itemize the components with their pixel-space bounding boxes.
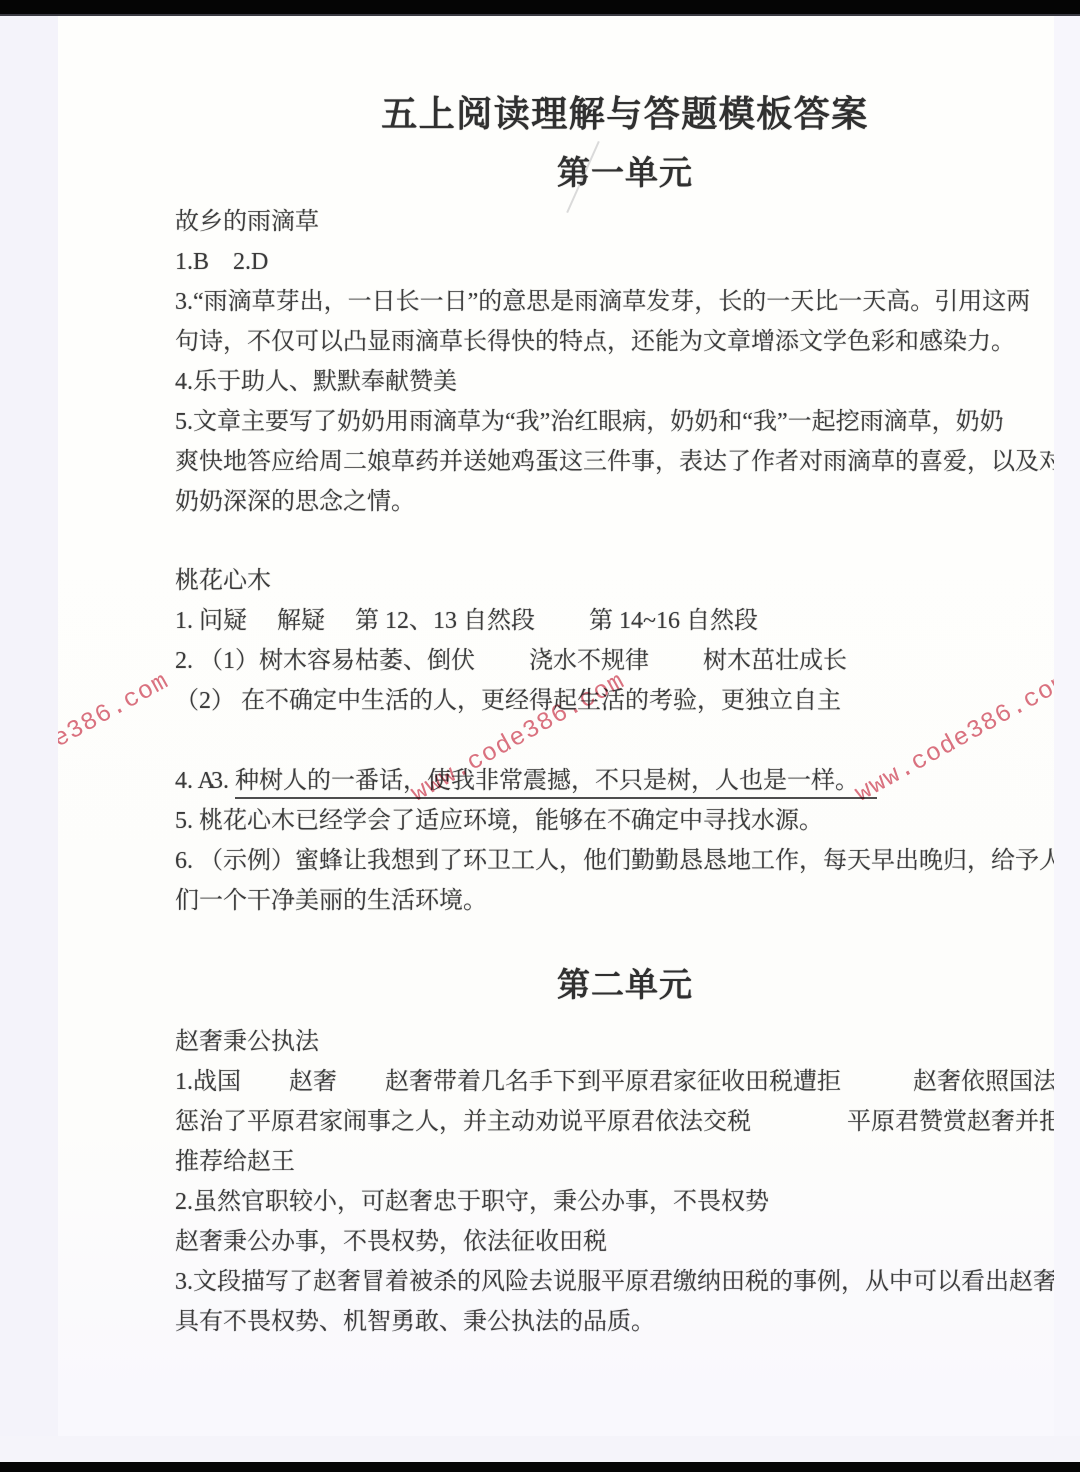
answer-line: 赵奢秉公办事，不畏权势，依法征收田税	[175, 1222, 1075, 1262]
passage-title: 故乡的雨滴草	[175, 202, 1075, 242]
page-edge-right	[1054, 14, 1080, 1462]
answer-line: 惩治了平原君家闹事之人，并主动劝说平原君依法交税 平原君赞赏赵奢并把他	[175, 1102, 1075, 1142]
answer-line: 5.文章主要写了奶奶用雨滴草为“我”治红眼病，奶奶和“我”一起挖雨滴草，奶奶	[175, 402, 1075, 442]
page-edge-bottom	[0, 1436, 1080, 1462]
answer-line: 们一个干净美丽的生活环境。	[175, 881, 1075, 921]
answer-line: 1. 问疑 解疑 第 12、13 自然段 第 14~16 自然段	[175, 601, 1075, 641]
answer-line: 1.B 2.D	[175, 242, 1075, 282]
answer-line: 5. 桃花心木已经学会了适应环境，能够在不确定中寻找水源。	[175, 801, 1075, 841]
page-edge-left	[0, 14, 58, 1462]
letterbox-bottom-bar	[0, 1462, 1080, 1472]
passage-title: 赵奢秉公执法	[175, 1022, 1075, 1062]
doc-title: 五上阅读理解与答题模板答案	[175, 92, 1075, 136]
answer-line: 2.虽然官职较小，可赵奢忠于职守，秉公办事，不畏权势	[175, 1182, 1075, 1222]
document-body: 五上阅读理解与答题模板答案 第一单元 故乡的雨滴草 1.B 2.D 3.“雨滴草…	[175, 16, 1075, 1342]
answer-line: 1.战国 赵奢 赵奢带着几名手下到平原君家征收田税遭拒 赵奢依照国法	[175, 1062, 1075, 1102]
section-heading-unit2: 第二单元	[175, 966, 1075, 1006]
answer-line: 4.乐于助人、默默奉献赞美	[175, 362, 1075, 402]
answer-line: 奶奶深深的思念之情。	[175, 482, 1075, 522]
answer-line: 2. （1）树木容易枯萎、倒伏 浇水不规律 树木茁壮成长	[175, 641, 1075, 681]
answer-line: 3.文段描写了赵奢冒着被杀的风险去说服平原君缴纳田税的事例，从中可以看出赵奢	[175, 1262, 1075, 1302]
answer-line: 句诗，不仅可以凸显雨滴草长得快的特点，还能为文章增添文学色彩和感染力。	[175, 322, 1075, 362]
answer-line: 6. （示例）蜜蜂让我想到了环卫工人，他们勤勤恳恳地工作，每天早出晚归，给予人	[175, 841, 1075, 881]
answer-line: 爽快地答应给周二娘草药并送她鸡蛋这三件事，表达了作者对雨滴草的喜爱，以及对	[175, 442, 1075, 482]
passage-title: 桃花心木	[175, 561, 1075, 601]
underlined-answer-text: 种树人的一番话，使我非常震撼，不只是树，人也是一样。	[235, 768, 877, 799]
answer-line: 具有不畏权势、机智勇敢、秉公执法的品质。	[175, 1302, 1075, 1342]
photographed-answer-page: { "watermark": { "text": "www.code386.co…	[0, 0, 1080, 1472]
letterbox-top-bar	[0, 0, 1080, 16]
answer-line: 3.“雨滴草芽出，一日长一日”的意思是雨滴草发芽，长的一天比一天高。引用这两	[175, 282, 1075, 322]
section-heading-unit1: 第一单元	[175, 154, 1075, 194]
answer-line: 推荐给赵王	[175, 1142, 1075, 1182]
